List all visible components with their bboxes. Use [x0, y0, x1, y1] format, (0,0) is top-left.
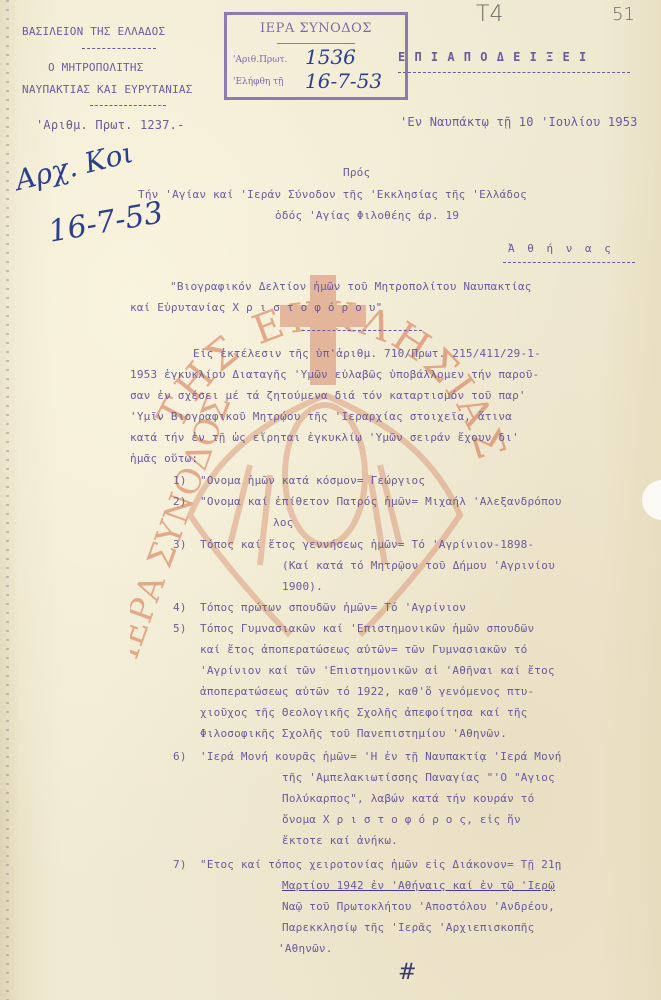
item-line: λος: [273, 516, 293, 529]
item-line: ἀποπερατώσεως αὐτῶν τό 1922, καθ'ὅ γενόμ…: [200, 685, 534, 698]
scanned-letter-page: ΤΗΣ ΕΚΚΛΗΣΙΑΣ ΙΕΡΑ ΣΥΝΟΔΟΣ T4 51 ΒΑΣΙΛΕΙ…: [0, 0, 661, 1000]
handwritten-archive-note: Αρχ. Κοι: [12, 136, 137, 197]
item-line: Πολύκαρπος", λαβών κατά τήν κουράν τό: [282, 792, 534, 805]
end-mark: #: [398, 960, 416, 985]
item-number: 2): [173, 495, 187, 508]
item-line: "Ετος καί τόπος χειροτονίας ἡμῶν εἰς Διά…: [200, 858, 562, 871]
item-line: (Καί κατά τό Μητρῷον τοῦ Δήμου 'Αγρινίου: [282, 559, 555, 572]
item-number: 6): [173, 750, 187, 763]
stamp-title: ΙΕΡΑ ΣΥΝΟΔΟΣ: [227, 21, 405, 36]
item-number: 3): [173, 538, 187, 551]
subject-underline: [398, 72, 630, 73]
place-date: 'Εν Ναυπάκτῳ τῇ 10 'Ιουλίου 1953: [400, 115, 638, 129]
intro-line: ἡμᾶς οὕτω:: [130, 452, 198, 465]
stamp-received-label: 'Ελήφθη τῇ: [233, 77, 283, 87]
item-line: ὄνομα Χ ρ ι σ τ ο φ ό ρ ο ς, εἰς ἥν: [282, 813, 521, 826]
stamp-divider: [277, 43, 355, 44]
item-line: ἔκτοτε καί ἀνήκω.: [282, 834, 398, 847]
item-line: 'Αγρίνιον καί τῶν 'Επιστημονικῶν αἱ 'Αθῆ…: [200, 664, 555, 677]
item-line: "Ονομα ἡμῶν κατά κόσμον= Γεώργιος: [200, 474, 425, 487]
stamp-received-date: 16-7-53: [305, 69, 382, 93]
page-code-mark: T4: [476, 2, 503, 27]
item-line: τῆς 'Αμπελακιωτίσσης Παναγίας "'Ο "Αγιος: [282, 771, 555, 784]
item-line: Μαρτίου 1942 ἐν 'Αθήναις καί ἐν τῷ 'Ιερῷ: [282, 879, 555, 892]
item-line: "Ονομα καί ἐπίθετον Πατρός ἡμῶν= Μιχαήλ …: [200, 495, 562, 508]
item-line-with-strikethrough: Μαρτίου 1942 ἐν 'Αθήναις καί ἐν τῷ 'Ιερῷ: [282, 879, 555, 892]
letterhead-metropolitan: Ο ΜΗΤΡΟΠΟΛΙΤΗΣ: [48, 61, 144, 74]
item-number: 1): [173, 474, 187, 487]
item-line: 'Ιερά Μονή κουρᾶς ἡμῶν= 'Η ἐν τῇ Ναυπακτ…: [200, 750, 562, 763]
letterhead-diocese: ΝΑΥΠΑΚΤΙΑΣ ΚΑΙ ΕΥΡΥΤΑΝΙΑΣ: [22, 83, 193, 96]
letterhead-divider: [82, 48, 156, 49]
item-line: Τόπος πρώτων σπουδῶν ἡμῶν= Τό 'Αγρίνιον: [200, 601, 466, 614]
item-line: καί ἔτος ἀποπερατώσεως αὐτῶν= τῶν Γυμνασ…: [200, 643, 527, 656]
intro-line: σαν ἐν σχέσει μέ τά ζητούμενα διά τόν κα…: [130, 389, 526, 402]
recipient-address: ὁδός 'Αγίας Φιλοθέης άρ. 19: [275, 209, 459, 222]
intro-line: 'Υμῖν Βιογραφικοῦ Μητρῴου τῆς 'Ιεραρχίας…: [130, 410, 512, 423]
recipient-line1: Τήν 'Αγίαν καί 'Ιεράν Σύνοδον τῆς 'Εκκλη…: [138, 188, 527, 201]
letterhead-kingdom: ΒΑΣΙΛΕΙΟΝ ΤΗΣ ΕΛΛΑΔΟΣ: [22, 25, 165, 38]
intro-line: Εἰς ἐκτέλεσιν τῆς ὑπ'ἀριθμ. 710/Πρωτ. 21…: [193, 347, 541, 360]
item-line: Τόπος καί ἔτος γεννήσεως ἡμῶν= Τό 'Αγρίν…: [200, 538, 534, 551]
intro-line: κατά τήν ἐν τῇ ὡς εἴρηται ἐγκυκλίῳ 'Υμῶν…: [130, 431, 519, 444]
item-line: 'Αθηνῶν.: [278, 942, 333, 955]
punch-hole: [642, 480, 661, 520]
perforation-edge: [6, 0, 9, 1000]
item-line: Φιλοσοφικῆς Σχολῆς τοῦ Πανεπιστημίου 'Αθ…: [200, 727, 507, 740]
item-line: χιοῦχος τῆς Θεολογικῆς Σχολῆς ἀπεφοίτησα…: [200, 706, 527, 719]
item-line: Παρεκκλησίῳ τῆς 'Ιερᾶς 'Αρχιεπισκοπῆς: [282, 921, 534, 934]
document-title-line2: καί Εὐρυτανίας Χ ρ ι σ τ ο φ ό ρ ο υ": [130, 301, 382, 314]
page-number-mark: 51: [612, 4, 635, 25]
city-underline: [503, 262, 635, 263]
item-number: 7): [173, 858, 187, 871]
intro-line: 1953 ἐγκυκλίου Διαταγῆς 'Υμῶν εὐλαβῶς ὑπ…: [130, 368, 539, 381]
subject-header: Ε Π Ι Α Π Ο Δ Ε Ι Ξ Ε Ι: [398, 50, 587, 64]
received-stamp: ΙΕΡΑ ΣΥΝΟΔΟΣ 'Αριθ.Πρωτ. 1536 'Ελήφθη τῇ…: [224, 12, 408, 100]
handwritten-archive-date: 16-7-53: [46, 195, 166, 250]
title-underline: [302, 330, 422, 331]
stamp-protocol-value: 1536: [305, 45, 356, 69]
recipient-to: Πρός: [343, 166, 370, 179]
recipient-city: Ἀ θ ή ν α ς: [508, 242, 614, 255]
item-number: 5): [173, 622, 187, 635]
document-title-line1: "Βιογραφικόν Δελτίον ἡμῶν τοῦ Μητροπολίτ…: [170, 280, 532, 293]
item-line: Τόπος Γυμνασιακῶν καί 'Επιστημονικῶν ἡμῶ…: [200, 622, 534, 635]
item-line: Ναῷ τοῦ Πρωτοκλήτου 'Αποστόλου 'Ανδρέου,: [282, 900, 555, 913]
sender-protocol-number: 'Αριθμ. Πρωτ. 1237.-: [36, 118, 185, 132]
letterhead-divider-2: [90, 105, 166, 106]
stamp-protocol-label: 'Αριθ.Πρωτ.: [233, 55, 287, 65]
item-number: 4): [173, 601, 187, 614]
item-line: 1900).: [282, 580, 323, 593]
